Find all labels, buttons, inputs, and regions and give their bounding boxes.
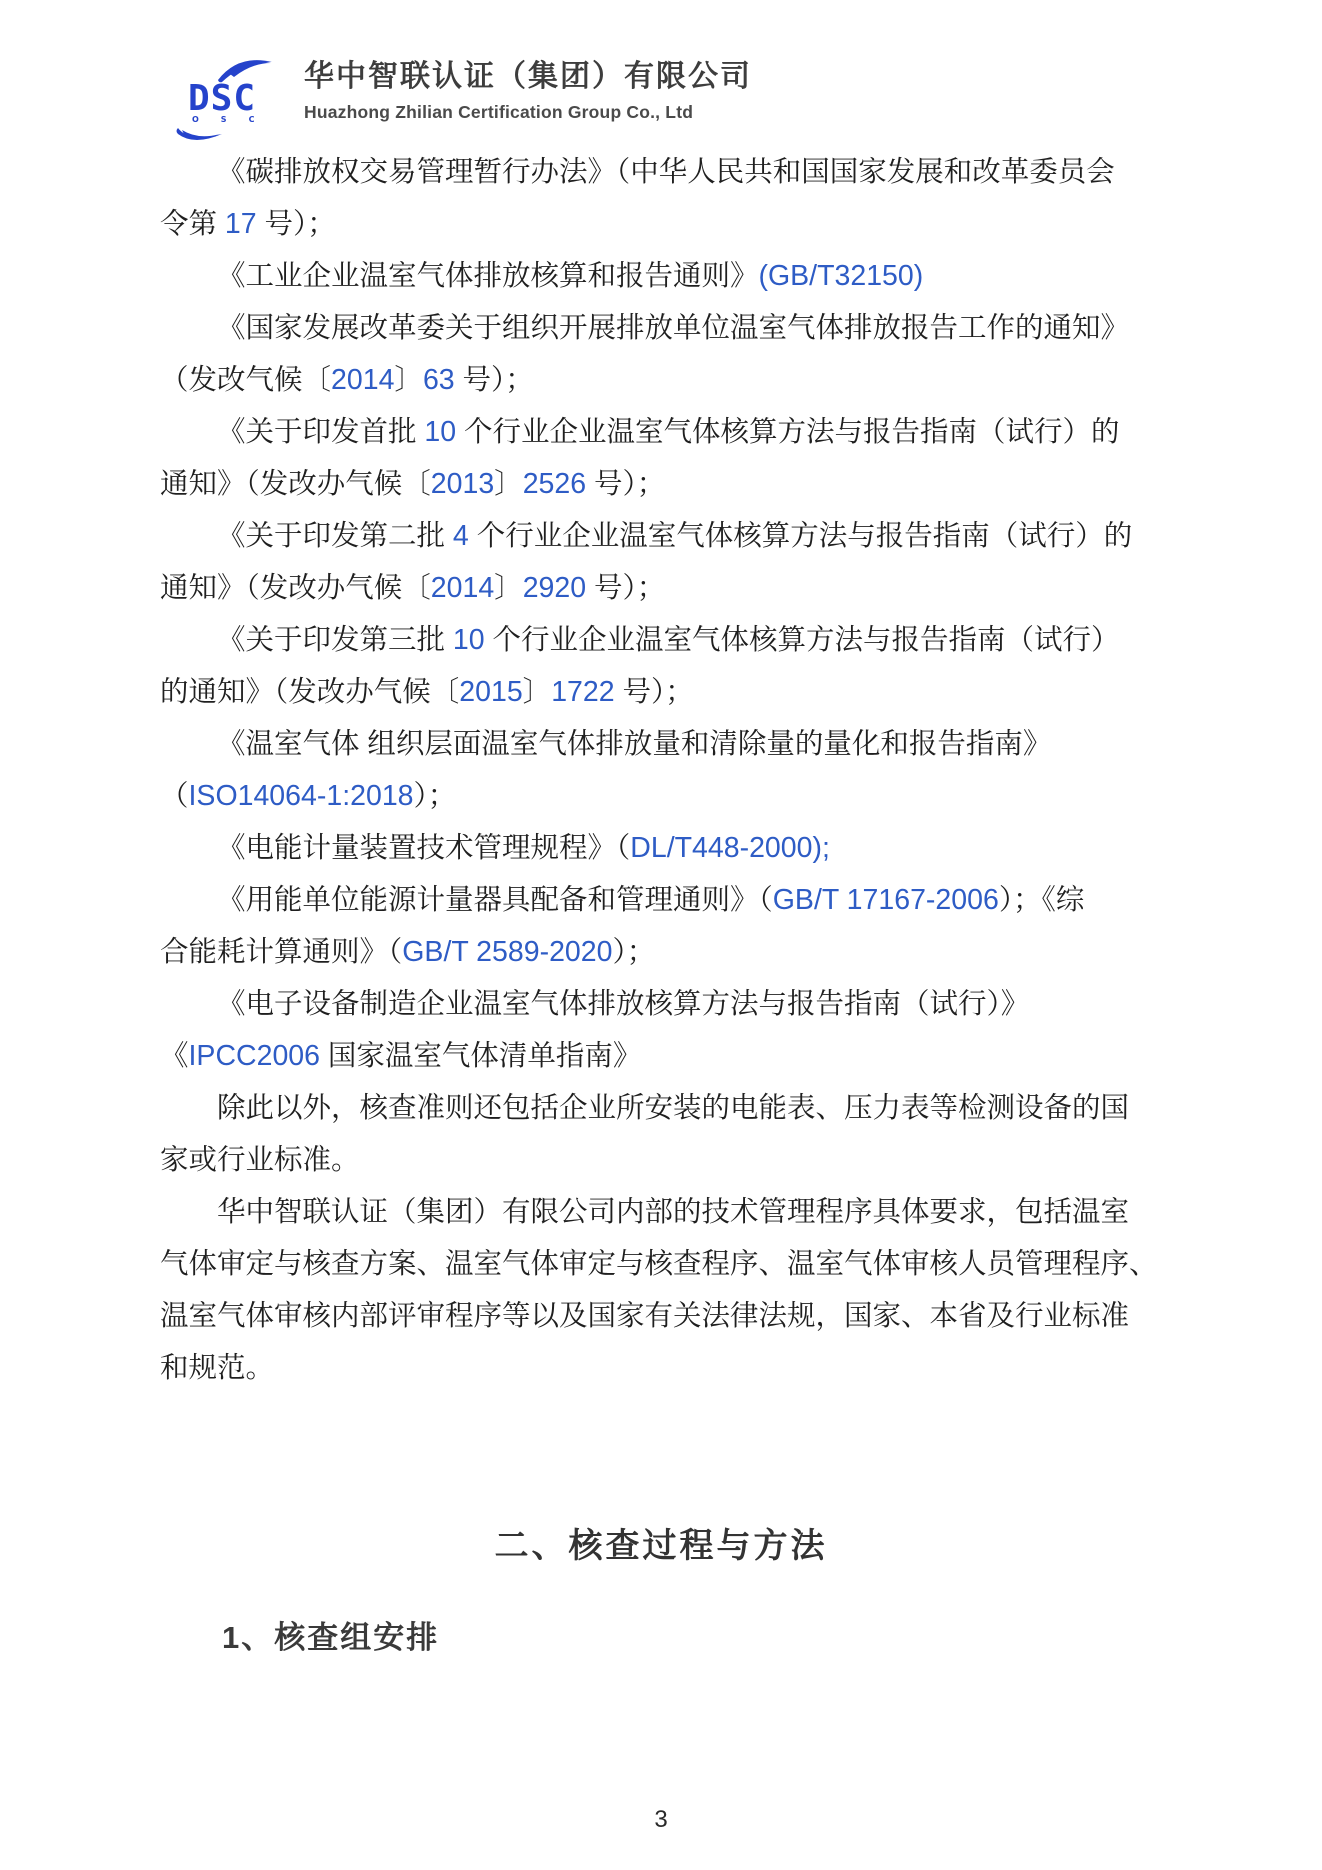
cn-text-segment: 《温室气体 组织层面温室气体排放量和清除量的量化和报告指南》	[217, 728, 1051, 760]
svg-text:OSC: OSC	[192, 115, 276, 124]
cn-text-segment: 合能耗计算通则》（	[160, 936, 402, 968]
cn-text-segment: 〕	[494, 468, 523, 500]
latin-text-segment: IPCC2006	[189, 1040, 321, 1072]
text-line: 《关于印发首批 10 个行业企业温室气体核算方法与报告指南（试行）的	[160, 406, 1168, 458]
cn-text-segment: 通知》（发改办气候〔	[160, 468, 431, 500]
cn-text-segment: 《电能计量装置技术管理规程》（	[217, 832, 630, 864]
latin-text-segment: 2013	[431, 468, 494, 500]
cn-text-segment: 《工业企业温室气体排放核算和报告通则》	[217, 260, 759, 292]
cn-text-segment: 《关于印发第二批	[217, 520, 453, 552]
latin-text-segment: ISO14064-1:2018	[189, 780, 414, 812]
latin-text-segment: DL/T448-2000);	[630, 832, 830, 864]
text-line: 通知》（发改办气候〔2013〕2526 号）；	[160, 458, 1168, 510]
document-header: DSC OSC 华中智联认证（集团）有限公司 Huazhong Zhilian …	[172, 50, 752, 142]
company-subtitle: Huazhong Zhilian Certification Group Co.…	[304, 102, 752, 123]
text-line: 通知》（发改办气候〔2014〕2920 号）；	[160, 562, 1168, 614]
cn-text-segment: 《国家发展改革委关于组织开展排放单位温室气体排放报告工作的通知》	[217, 312, 1129, 344]
cn-text-segment: 《电子设备制造企业温室气体排放核算方法与报告指南（试行）》	[217, 988, 1029, 1020]
cn-text-segment: 〕	[523, 676, 552, 708]
text-line: 《用能单位能源计量器具配备和管理通则》（GB/T 17167-2006）；《综	[160, 874, 1168, 926]
document-page: DSC OSC 华中智联认证（集团）有限公司 Huazhong Zhilian …	[0, 0, 1322, 1870]
latin-text-segment: 17	[225, 208, 257, 240]
text-line: 《碳排放权交易管理暂行办法》（中华人民共和国国家发展和改革委员会	[160, 146, 1168, 198]
cn-text-segment: 通知》（发改办气候〔	[160, 572, 431, 604]
cn-text-segment: 华中智联认证（集团）有限公司内部的技术管理程序具体要求，包括温室	[217, 1196, 1129, 1228]
text-line: 家或行业标准。	[160, 1134, 1168, 1186]
cn-text-segment: （	[160, 780, 189, 812]
cn-text-segment: 国家温室气体清单指南》	[320, 1040, 641, 1072]
cn-text-segment: 号）；	[586, 468, 665, 500]
latin-text-segment: 63	[423, 364, 455, 396]
cn-text-segment: 除此以外，核查准则还包括企业所安装的电能表、压力表等检测设备的国	[217, 1092, 1129, 1124]
cn-text-segment: 个行业企业温室气体核算方法与报告指南（试行）的	[456, 416, 1119, 448]
text-line: 华中智联认证（集团）有限公司内部的技术管理程序具体要求，包括温室	[160, 1186, 1168, 1238]
latin-text-segment: 2526	[523, 468, 586, 500]
text-line: 气体审定与核查方案、温室气体审定与核查程序、温室气体审核人员管理程序、	[160, 1238, 1168, 1290]
sub-heading: 1、核查组安排	[222, 1612, 439, 1657]
latin-text-segment: 2920	[523, 572, 586, 604]
cn-text-segment: 的通知》（发改办气候〔	[160, 676, 459, 708]
company-logo-icon: DSC OSC	[172, 50, 290, 142]
latin-text-segment: 10	[453, 624, 485, 656]
cn-text-segment: 号）；	[257, 208, 336, 240]
text-line: 和规范。	[160, 1342, 1168, 1394]
text-line: 《温室气体 组织层面温室气体排放量和清除量的量化和报告指南》	[160, 718, 1168, 770]
latin-text-segment: GB/T 2589-2020	[402, 936, 612, 968]
text-line: 《国家发展改革委关于组织开展排放单位温室气体排放报告工作的通知》	[160, 302, 1168, 354]
cn-text-segment: 令第	[160, 208, 225, 240]
company-title: 华中智联认证（集团）有限公司	[304, 58, 752, 96]
cn-text-segment: 〕	[394, 364, 423, 396]
text-line: 的通知》（发改办气候〔2015〕1722 号）；	[160, 666, 1168, 718]
text-line: （ISO14064-1:2018）；	[160, 770, 1168, 822]
cn-text-segment: 《	[160, 1040, 189, 1072]
text-line: 除此以外，核查准则还包括企业所安装的电能表、压力表等检测设备的国	[160, 1082, 1168, 1134]
page-number: 3	[0, 1806, 1322, 1834]
cn-text-segment: ）；《综	[999, 884, 1085, 916]
text-line: （发改气候〔2014〕63 号）；	[160, 354, 1168, 406]
latin-text-segment: (GB/T32150)	[759, 260, 924, 292]
company-header-text: 华中智联认证（集团）有限公司 Huazhong Zhilian Certific…	[304, 50, 752, 123]
text-line: 合能耗计算通则》（GB/T 2589-2020）；	[160, 926, 1168, 978]
text-line: 温室气体审核内部评审程序等以及国家有关法律法规，国家、本省及行业标准	[160, 1290, 1168, 1342]
cn-text-segment: 〕	[494, 572, 523, 604]
latin-text-segment: 1722	[551, 676, 614, 708]
text-line: 《电子设备制造企业温室气体排放核算方法与报告指南（试行）》	[160, 978, 1168, 1030]
text-line: 《工业企业温室气体排放核算和报告通则》(GB/T32150)	[160, 250, 1168, 302]
cn-text-segment: ）；	[612, 936, 655, 968]
cn-text-segment: 《关于印发第三批	[217, 624, 453, 656]
cn-text-segment: 号）；	[586, 572, 665, 604]
latin-text-segment: 4	[453, 520, 469, 552]
latin-text-segment: 2015	[459, 676, 522, 708]
cn-text-segment: （发改气候〔	[160, 364, 331, 396]
cn-text-segment: 个行业企业温室气体核算方法与报告指南（试行）的	[469, 520, 1132, 552]
cn-text-segment: 温室气体审核内部评审程序等以及国家有关法律法规，国家、本省及行业标准	[160, 1300, 1129, 1332]
cn-text-segment: 气体审定与核查方案、温室气体审定与核查程序、温室气体审核人员管理程序、	[160, 1248, 1158, 1280]
latin-text-segment: 2014	[331, 364, 394, 396]
cn-text-segment: 和规范。	[160, 1352, 274, 1384]
text-line: 《电能计量装置技术管理规程》（DL/T448-2000);	[160, 822, 1168, 874]
document-body: 《碳排放权交易管理暂行办法》（中华人民共和国国家发展和改革委员会令第 17 号）…	[160, 146, 1168, 1394]
latin-text-segment: 2014	[431, 572, 494, 604]
cn-text-segment: ）；	[414, 780, 457, 812]
text-line: 令第 17 号）；	[160, 198, 1168, 250]
cn-text-segment: 号）；	[615, 676, 694, 708]
section-heading: 二、核查过程与方法	[0, 1518, 1322, 1567]
cn-text-segment: 个行业企业温室气体核算方法与报告指南（试行）	[485, 624, 1120, 656]
cn-text-segment: 《关于印发首批	[217, 416, 424, 448]
text-line: 《关于印发第二批 4 个行业企业温室气体核算方法与报告指南（试行）的	[160, 510, 1168, 562]
cn-text-segment: 号）；	[455, 364, 534, 396]
cn-text-segment: 《用能单位能源计量器具配备和管理通则》（	[217, 884, 773, 916]
svg-text:DSC: DSC	[188, 78, 256, 119]
latin-text-segment: GB/T 17167-2006	[773, 884, 999, 916]
cn-text-segment: 家或行业标准。	[160, 1144, 360, 1176]
text-line: 《IPCC2006 国家温室气体清单指南》	[160, 1030, 1168, 1082]
latin-text-segment: 10	[424, 416, 456, 448]
cn-text-segment: 《碳排放权交易管理暂行办法》（中华人民共和国国家发展和改革委员会	[217, 156, 1115, 188]
text-line: 《关于印发第三批 10 个行业企业温室气体核算方法与报告指南（试行）	[160, 614, 1168, 666]
